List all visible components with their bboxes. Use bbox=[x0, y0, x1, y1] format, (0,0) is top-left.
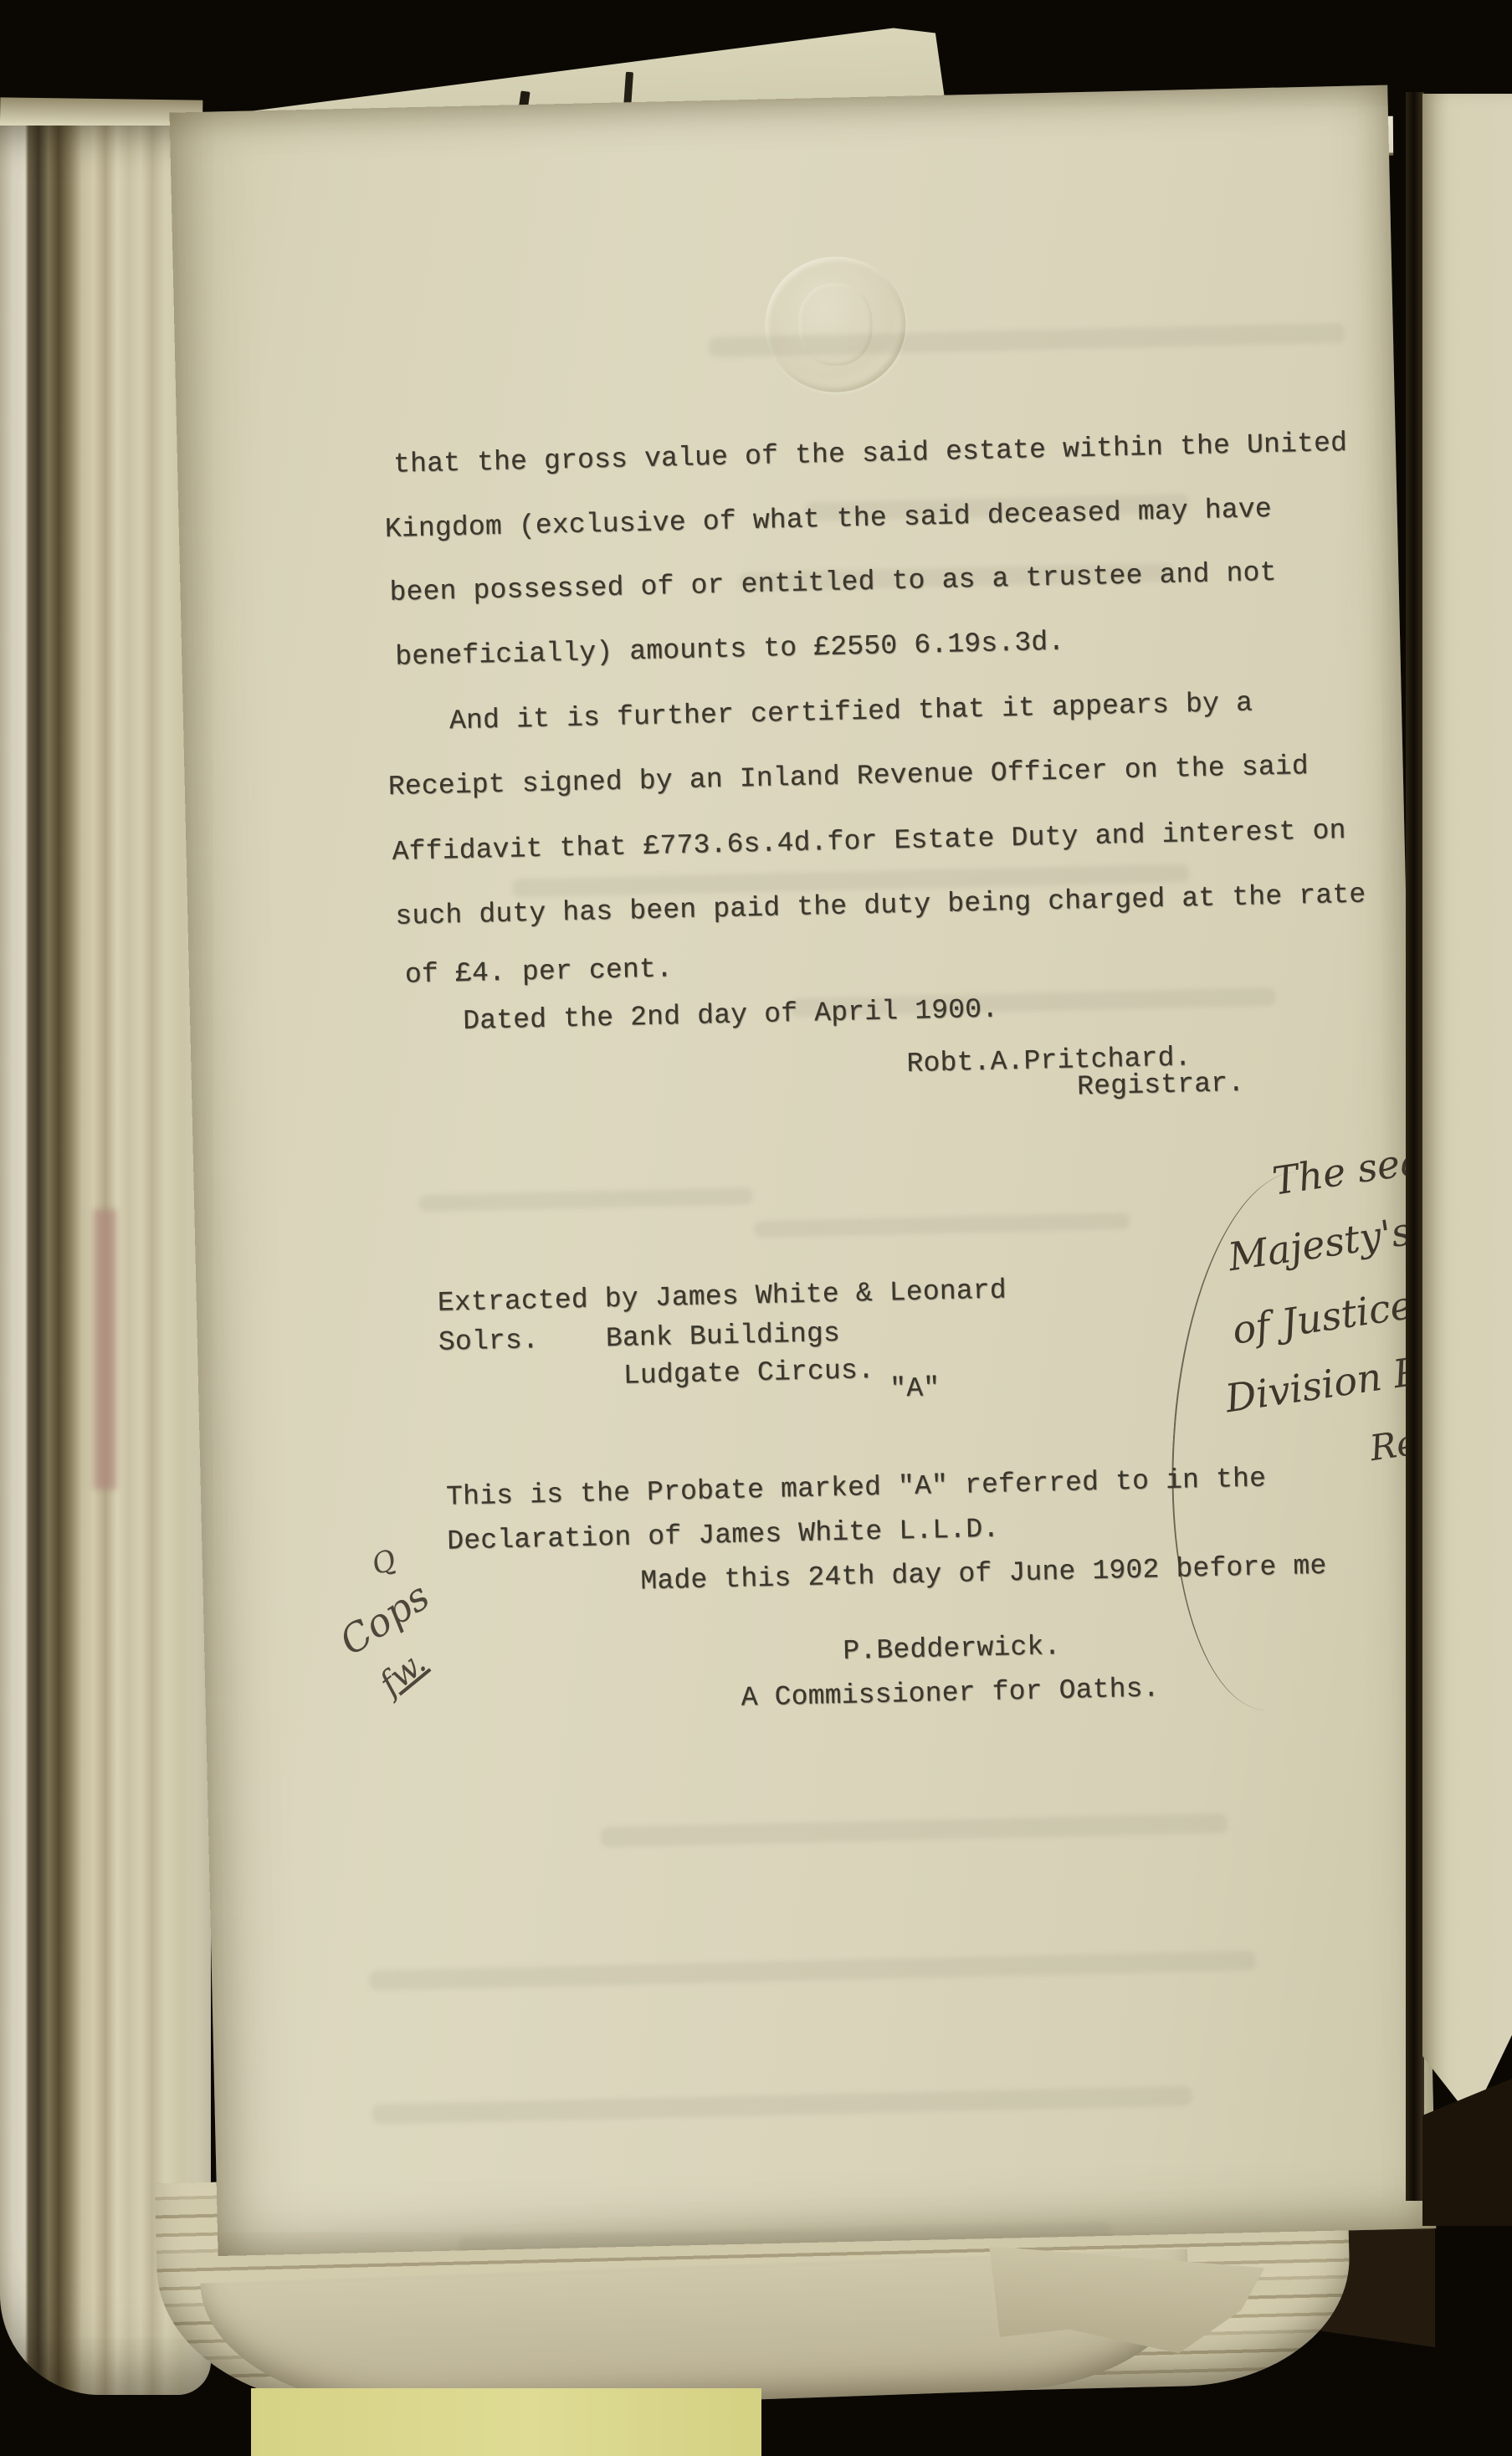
typed-line: of £4. per cent. bbox=[405, 955, 674, 990]
yellow-paper-slip bbox=[251, 2388, 761, 2456]
typed-line: been possessed of or entitled to as a tr… bbox=[389, 559, 1277, 608]
photographed-book-page: that the gross value of the said estate … bbox=[0, 0, 1512, 2456]
declaration-line: This is the Probate marked "A" referred … bbox=[446, 1464, 1267, 1512]
extracted-line: Ludgate Circus. bbox=[439, 1356, 875, 1395]
typed-line: Receipt signed by an Inland Revenue Offi… bbox=[387, 752, 1309, 802]
bleedthrough-text-line bbox=[372, 2086, 1192, 2125]
typed-line: that the gross value of the said estate … bbox=[393, 429, 1348, 479]
pink-page-edge bbox=[94, 1209, 116, 1489]
bleedthrough-text-line bbox=[369, 1951, 1256, 1991]
extracted-line: Solrs. Bank Buildings bbox=[438, 1320, 841, 1358]
commissioner-title: A Commissioner for Oaths. bbox=[741, 1674, 1160, 1713]
embossed-crest-seal bbox=[764, 255, 908, 394]
center-gutter-gap bbox=[1406, 92, 1424, 2201]
typed-line: And it is further certified that it appe… bbox=[449, 690, 1253, 736]
exhibit-mark: "A" bbox=[889, 1374, 941, 1404]
bleedthrough-text-line bbox=[418, 1187, 753, 1212]
bleedthrough-text-line bbox=[600, 1813, 1228, 1848]
bleedthrough-text-line bbox=[754, 1213, 1130, 1238]
margin-mark: Cops bbox=[331, 1573, 438, 1664]
margin-mark: fw. bbox=[372, 1643, 433, 1704]
registrar-title: Registrar. bbox=[1077, 1069, 1245, 1102]
extracted-line: Extracted by James White & Leonard bbox=[438, 1276, 1007, 1318]
typed-line: Affidavit that £773.6s.4d.for Estate Dut… bbox=[392, 817, 1346, 867]
declaration-line: Declaration of James White L.L.D. bbox=[447, 1515, 1000, 1557]
commissioner-name: P.Bedderwick. bbox=[843, 1633, 1061, 1667]
document-page: that the gross value of the said estate … bbox=[170, 85, 1437, 2256]
typed-line: beneficially) amounts to £2550 6.19s.3d. bbox=[395, 628, 1065, 673]
dated-line: Dated the 2nd day of April 1900. bbox=[463, 996, 999, 1037]
margin-mark: Q bbox=[367, 1543, 401, 1582]
next-page-edge bbox=[1422, 94, 1512, 2192]
